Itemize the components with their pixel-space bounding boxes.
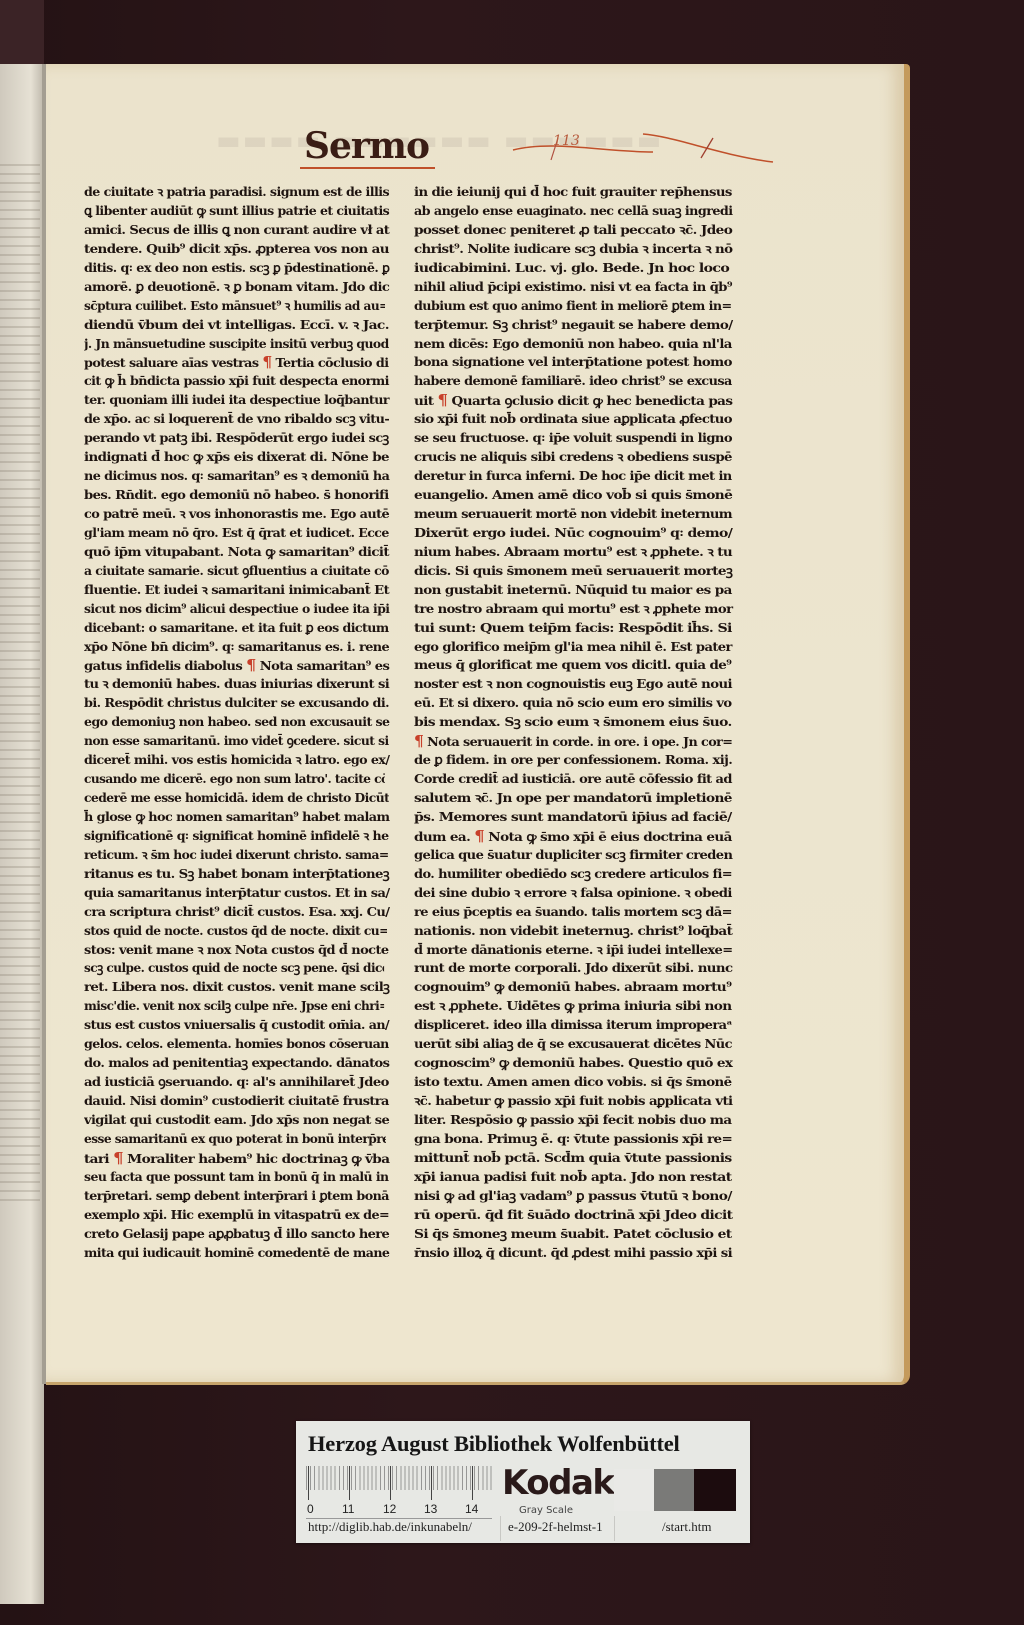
text-line: sicut nos dicim⁹ alicui despectiue o iud… xyxy=(84,600,391,619)
text-line: cusando me dicerē. ego non sum latro'. t… xyxy=(84,770,385,789)
text-line: ego glorifico meip̄m gl'ia mea nihil ē. … xyxy=(414,638,752,657)
pilcrow-rubric: ¶ xyxy=(113,1149,123,1167)
text-line: esse samaritanū ex quo poterat in bonū i… xyxy=(84,1130,386,1149)
text-line: bi. Respōdit christus dulciter se excusa… xyxy=(84,694,401,713)
text-line: reticum. ꝛ s̄m hoc iudei dixerunt christ… xyxy=(84,846,389,865)
text-line: ¶ Nota seruauerit in corde. in ore. i op… xyxy=(414,732,743,751)
text-line: bes. Rn̄dit. ego demoniū nō habeo. s̄ ho… xyxy=(84,486,409,505)
text-line: salutem ꝛc̄. Jn ope per mandatorū implet… xyxy=(414,789,766,808)
text-line: rū operū. q̄d fit s̄uādo doctrinā xp̄i J… xyxy=(414,1206,773,1225)
text-line: non gustabit ineternū. Nūquid tu maior e… xyxy=(414,581,763,600)
text-line: liter. Respōsio ꝙ passio xp̄i fecit nobi… xyxy=(414,1111,762,1130)
text-line: nem dicēs: Ego demoniū non habeo. quia n… xyxy=(414,335,758,354)
text-line: bis mendax. Sꝫ scio eum ꝛ s̄monem eius s… xyxy=(414,713,773,732)
text-line: do. malos ad penitentiaꝫ expectando. dān… xyxy=(84,1054,406,1073)
text-line: dum ea. ¶ Nota ꝙ s̄mo xp̄i ē eius doctri… xyxy=(414,827,764,846)
text-line: sc̄ptura cuilibet. Esto mānsuet⁹ ꝛ humil… xyxy=(84,297,385,316)
text-line: ab angelo ense euaginato. nec cellā suaꝫ… xyxy=(414,202,743,221)
grayscale-swatch-light xyxy=(614,1469,654,1511)
text-line: eū. Et si dixero. quia nō scio eum ero s… xyxy=(414,694,752,713)
grayscale-label: Gray Scale xyxy=(519,1505,573,1516)
text-line: terp̄temur. Sꝫ christ⁹ negauit se habere… xyxy=(414,316,760,335)
ruler-ticks xyxy=(306,1466,492,1490)
text-line: de ciuitate ꝛ patria paradisi. signum es… xyxy=(84,183,397,202)
text-line: dicis. Si quis s̄monem meū seruauerit mo… xyxy=(414,562,765,581)
text-line: tendere. Quib⁹ dicit xp̄s. ꝓpterea vos n… xyxy=(84,240,417,259)
text-line: cit ꝙ h̄ bn̄dicta passio xp̄i fuit despe… xyxy=(84,372,399,391)
text-line: gelica que s̄uatur dupliciter scꝫ firmit… xyxy=(414,846,751,865)
text-line: co patrē meū. ꝛ vos inhonorastis me. Ego… xyxy=(84,505,403,524)
institution-name: Herzog August Bibliothek Wolfenbüttel xyxy=(308,1431,680,1457)
running-title: Sermo xyxy=(300,125,435,169)
text-line: tre nostro abraam qui mortu⁹ est ꝛ ꝓphet… xyxy=(414,600,754,619)
text-line: cra scriptura christ⁹ dicit̄ custos. Esa… xyxy=(84,903,407,922)
text-line: uerūt sibi aliaꝫ de q̄ se excusauerat di… xyxy=(414,1035,749,1054)
text-line: gna bona. Primuꝫ ē. q꞉ v̄tute passionis … xyxy=(414,1130,763,1149)
ruler-major-tick xyxy=(472,1466,473,1500)
text-line: dauid. Nisi domin⁹ custodierit ciuitatē … xyxy=(84,1092,404,1111)
url-base: http://diglib.hab.de/inkunabeln/ xyxy=(308,1519,472,1535)
text-line: de xp̄o. ac si loquerent̄ de vno ribaldo… xyxy=(84,410,401,429)
running-header: Sermo xyxy=(300,126,435,166)
text-line: de ꝑ fidem. in ore per confessionem. Rom… xyxy=(414,751,753,770)
ruler-label: 14 xyxy=(465,1502,478,1516)
text-line: do. humiliter obediēdo scꝫ credere artic… xyxy=(414,865,749,884)
text-line: nium habes. Abraam mortu⁹ est ꝛ ꝓphete. … xyxy=(414,543,763,562)
folio-number: 113 xyxy=(553,133,580,149)
kodak-logo: Kodak xyxy=(502,1463,614,1503)
text-line: ret. Libera nos. dixit custos. venit man… xyxy=(84,978,414,997)
text-line: r̄nsio illoꝝ q̄ dicunt. q̄d ꝓdest mihi p… xyxy=(414,1244,757,1263)
text-line: displiceret. ideo illa dimissa iterum im… xyxy=(414,1016,750,1035)
text-line: dubium est quo animo fient in meliorē ꝑt… xyxy=(414,297,742,316)
text-line: ter. quoniam illi iudei ita despectiue l… xyxy=(84,391,397,410)
text-line: ne dicimus nos. q꞉ samaritan⁹ es ꝛ demon… xyxy=(84,467,400,486)
text-line: re eius p̄ceptis ea s̄uando. talis morte… xyxy=(414,903,749,922)
text-line: in die ieiunij qui d̄ hoc fuit grauiter … xyxy=(414,183,757,202)
text-line: mita qui iudicauit hominē comedentē de m… xyxy=(84,1244,396,1263)
text-line: xp̄i ianua padisi fuit nob̄ apta. Jdo no… xyxy=(414,1168,770,1187)
facing-page-text-bleed xyxy=(0,164,40,1204)
card-divider xyxy=(614,1516,615,1541)
ruler-label: 13 xyxy=(424,1502,437,1516)
ruler-major-tick xyxy=(349,1466,350,1500)
text-line: Si q̄s s̄moneꝫ meum s̄uabit. Patet cōclu… xyxy=(414,1225,771,1244)
ruler-major-tick xyxy=(308,1466,309,1500)
text-line: habere demonē familiarē. ideo christ⁹ se… xyxy=(414,372,746,391)
text-line: meus q̄ glorificat me quem vos dicitl. q… xyxy=(414,656,760,675)
pilcrow-rubric: ¶ xyxy=(262,353,271,371)
text-line: indignati d̄ hoc ꝙ xp̄s eis dixerat di. … xyxy=(84,448,416,467)
text-line: dicebant: o samaritane. et ita fuit ꝑ eo… xyxy=(84,619,396,638)
text-column-right: in die ieiunij qui d̄ hoc fuit grauiter … xyxy=(414,183,732,1262)
text-line: Corde credit̄ ad iusticiā. ore autē cōfe… xyxy=(414,770,750,789)
text-line: nihil aliud p̄cipi existimo. nisi vt ea … xyxy=(414,278,753,297)
text-line: se seu fructuose. q꞉ ip̄e voluit suspend… xyxy=(414,429,752,448)
pilcrow-rubric: ¶ xyxy=(438,391,448,409)
text-line: Dixerūt ergo iudei. Nūc cognouim⁹ q꞉ dem… xyxy=(414,524,775,543)
text-line: iudicabimini. Luc. vj. glo. Bede. Jn hoc… xyxy=(414,259,780,278)
ruler-label: 12 xyxy=(383,1502,396,1516)
text-line: amici. Secus de illis ꝗ non curant audir… xyxy=(84,221,409,240)
text-line: scꝫ culpe. custos quid de nocte scꝫ pene… xyxy=(84,959,384,978)
text-line: xp̄o Nōne bn̄ dicim⁹. q꞉ samaritanus es.… xyxy=(84,638,403,657)
text-line: amorē. ꝑ deuotionē. ꝛ ꝑ bonam vitam. Jdo… xyxy=(84,278,410,297)
text-line: quō ip̄m vitupabant. Nota ꝙ samaritan⁹ d… xyxy=(84,543,415,562)
card-divider xyxy=(500,1516,501,1541)
text-line: ego demoniuꝫ non habeo. sed non excusaui… xyxy=(84,713,396,732)
text-line: vigilat qui custodit eam. Jdo xp̄s non n… xyxy=(84,1111,406,1130)
text-line: stos: venit mane ꝛ nox Nota custos q̄d d… xyxy=(84,941,405,960)
text-line: nationis. non videbit ineternuꝫ. christ⁹… xyxy=(414,922,765,941)
text-line: runt de morte corporali. Jdo dixerūt sib… xyxy=(414,959,758,978)
pilcrow-rubric: ¶ xyxy=(474,827,484,845)
text-line: d̄ morte dānationis eterne. ꝛ ip̄i iudei… xyxy=(414,941,749,960)
text-line: ꝗ libenter audiūt ꝙ sunt illius patrie e… xyxy=(84,202,395,221)
backdrop-corner xyxy=(0,0,44,64)
text-line: uit ¶ Quarta ꝯclusio dicit ꝙ hec benedic… xyxy=(414,391,764,410)
ruler-label: 11 xyxy=(342,1502,354,1516)
text-line: tu ꝛ demoniū habes. duas iniurias dixeru… xyxy=(84,675,409,694)
text-line: ritanus es tu. Sꝫ habet bonam interp̄tat… xyxy=(84,865,413,884)
pilcrow-rubric: ¶ xyxy=(246,656,256,674)
text-line: misc'die. venit nox scilꝫ culpe nr̄e. Jp… xyxy=(84,997,384,1016)
text-line: fluentie. Et iudei ꝛ samaritani inimicab… xyxy=(84,581,409,600)
text-line: cognouim⁹ ꝙ demoniū habes. abraam mortu⁹ xyxy=(414,978,766,997)
text-line: bona signatione vel interp̄tatione potes… xyxy=(414,353,757,372)
text-line: p̄s. Memores sunt mandatorū ip̄ius ad fa… xyxy=(414,808,774,827)
text-line: sio xp̄i fuit nob̄ ordinata siue aꝑplica… xyxy=(414,410,754,429)
text-line: posset donec peniteret ꝓ tali peccato ꝛc… xyxy=(414,221,766,240)
text-line: cederē me esse homicidā. idem de christo… xyxy=(84,789,389,808)
text-line: mittunt̄ nob̄ pctā. Scd̄m quia v̄tute pa… xyxy=(414,1149,773,1168)
text-line: quia samaritanus interp̄tatur custos. Et… xyxy=(84,884,406,903)
text-line: significationē q꞉ significat hominē infi… xyxy=(84,827,396,846)
text-line: stus est custos vniuersalis q̄ custodit … xyxy=(84,1016,398,1035)
text-line: diendū v̄bum dei vt intelligas. Eccī. v.… xyxy=(84,316,426,335)
text-line: exemplo xp̄i. Hic exemplū in vitaspatrū … xyxy=(84,1206,399,1225)
text-line: creto Gelasij pape aꝑꝓbatuꝫ d̄ illo sanc… xyxy=(84,1225,405,1244)
text-line: tui sunt: Quem teip̄m facis: Respōdit ih… xyxy=(414,619,780,638)
text-line: ditis. q꞉ ex deo non estis. scꝫ ꝑ p̄dest… xyxy=(84,259,399,278)
text-line: deretur in furca inferni. De hoc ip̄e di… xyxy=(414,467,751,486)
text-line: a ciuitate samarie. sicut ꝯfluentius a c… xyxy=(84,562,392,581)
text-line: terp̄retari. semꝑ debent interp̄rari i ꝑ… xyxy=(84,1187,398,1206)
library-color-card: Herzog August Bibliothek Wolfenbüttel 0 … xyxy=(296,1421,750,1543)
text-line: est ꝛ ꝓphete. Uidētes ꝙ prima iniuria si… xyxy=(414,997,766,1016)
text-line: dei sine dubio ꝛ errore ꝛ falsa opinione… xyxy=(414,884,756,903)
text-line: nisi ꝙ ad gl'iaꝫ vadam⁹ ꝑ passus v̄tutū … xyxy=(414,1187,769,1206)
text-line: gatus infidelis diabolus ¶ Nota samarita… xyxy=(84,656,409,675)
text-line: christ⁹. Nolite iudicare scꝫ dubia ꝛ inc… xyxy=(414,240,759,259)
text-line: stos quid de nocte. custos q̄d de nocte.… xyxy=(84,922,387,941)
text-line: isto textu. Amen amen dico vobis. si q̄s… xyxy=(414,1073,759,1092)
folio-annotation: 113 xyxy=(513,130,653,160)
text-column-left: de ciuitate ꝛ patria paradisi. signum es… xyxy=(84,183,389,1262)
facing-page-edge xyxy=(0,64,44,1604)
url-item-id: e-209-2f-helmst-1 xyxy=(508,1519,603,1535)
measurement-ruler: 0 11 12 13 14 xyxy=(306,1466,492,1519)
ruler-major-tick xyxy=(390,1466,391,1500)
text-line: perando vt patꝫ ibi. Respōderūt ergo iud… xyxy=(84,429,404,448)
text-line: tari ¶ Moraliter habem⁹ hic doctrinaꝫ ꝙ … xyxy=(84,1149,421,1168)
text-line: potest saluare aīas vestras ¶ Tertia cōc… xyxy=(84,353,400,372)
grayscale-swatch-dark xyxy=(694,1469,736,1511)
text-line: j. Jn mānsuetudine suscipite insitū verb… xyxy=(84,335,391,354)
ruler-label: 0 xyxy=(307,1502,314,1516)
text-line: gelos. celos. elementa. homīes bonos cōs… xyxy=(84,1035,396,1054)
text-line: ꝛc̄. habetur ꝙ passio xp̄i fuit nobis aꝑ… xyxy=(414,1092,758,1111)
text-line: non esse samaritanū. imo videt̄ ꝯcedere.… xyxy=(84,732,389,751)
text-line: euangelio. Amen amē dico vob̄ si quis s̄… xyxy=(414,486,769,505)
text-line: cognoscim⁹ ꝙ demoniū habes. Questio quō … xyxy=(414,1054,764,1073)
pilcrow-rubric: ¶ xyxy=(414,732,423,750)
text-line: gl'iam meam nō q̄ro. Est q̄ q̄rat et iud… xyxy=(84,524,395,543)
text-line: diceret̄ mihi. vos estis homicida ꝛ latr… xyxy=(84,751,398,770)
ruler-major-tick xyxy=(431,1466,432,1500)
text-line: noster est ꝛ non cognouistis euꝫ Ego aut… xyxy=(414,675,757,694)
text-line: crucis ne aliquis sibi credens ꝛ obedien… xyxy=(414,448,757,467)
text-line: seu facta que possunt tam in bonū q̄ in … xyxy=(84,1168,393,1187)
text-line: h̄ glose ꝙ hoc nomen samaritan⁹ habet ma… xyxy=(84,808,401,827)
url-suffix: /start.htm xyxy=(662,1519,711,1535)
text-line: meum seruauerit mortē non videbit ineter… xyxy=(414,505,752,524)
grayscale-swatch-mid xyxy=(654,1469,694,1511)
text-line: ad iusticiā ꝯseruando. q꞉ al's annihilar… xyxy=(84,1073,409,1092)
